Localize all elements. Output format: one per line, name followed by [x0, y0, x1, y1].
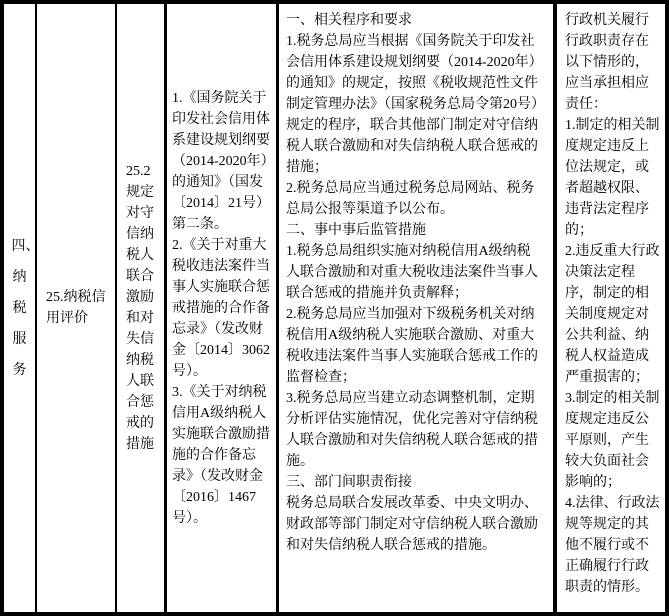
sub-item-label: 25.2规定对守信纳税人联合激励和对失信纳税人联合惩戒的措施: [126, 161, 155, 455]
duty-list-table-row: 四、纳税服务 25.纳税信用评价 25.2规定对守信纳税人联合激励和对失信纳税人…: [0, 0, 669, 616]
cell-responsibility: 行政机关履行行政职责存在以下情形的，应当承担相应责任： 1.制定的相关制度规定违…: [557, 4, 665, 612]
cell-service-category: 四、纳税服务: [4, 4, 37, 612]
cell-procedures: 一、相关程序和要求 1.税务总局应当根据《国务院关于印发社会信用体系建设规划纲要…: [279, 4, 557, 612]
legal-basis-text: 1.《国务院关于印发社会信用体系建设规划纲要（2014-2020年）的通知》（国…: [172, 88, 271, 529]
cell-legal-basis: 1.《国务院关于印发社会信用体系建设规划纲要（2014-2020年）的通知》（国…: [167, 4, 279, 612]
responsibility-text: 行政机关履行行政职责存在以下情形的，应当承担相应责任： 1.制定的相关制度规定违…: [565, 10, 660, 598]
cell-sub-item: 25.2规定对守信纳税人联合激励和对失信纳税人联合惩戒的措施: [117, 4, 167, 612]
item-label: 25.纳税信用评价: [46, 287, 106, 329]
procedures-text: 一、相关程序和要求 1.税务总局应当根据《国务院关于印发社会信用体系建设规划纲要…: [286, 10, 544, 556]
service-category-label: 四、纳税服务: [12, 231, 28, 386]
cell-item: 25.纳税信用评价: [37, 4, 117, 612]
